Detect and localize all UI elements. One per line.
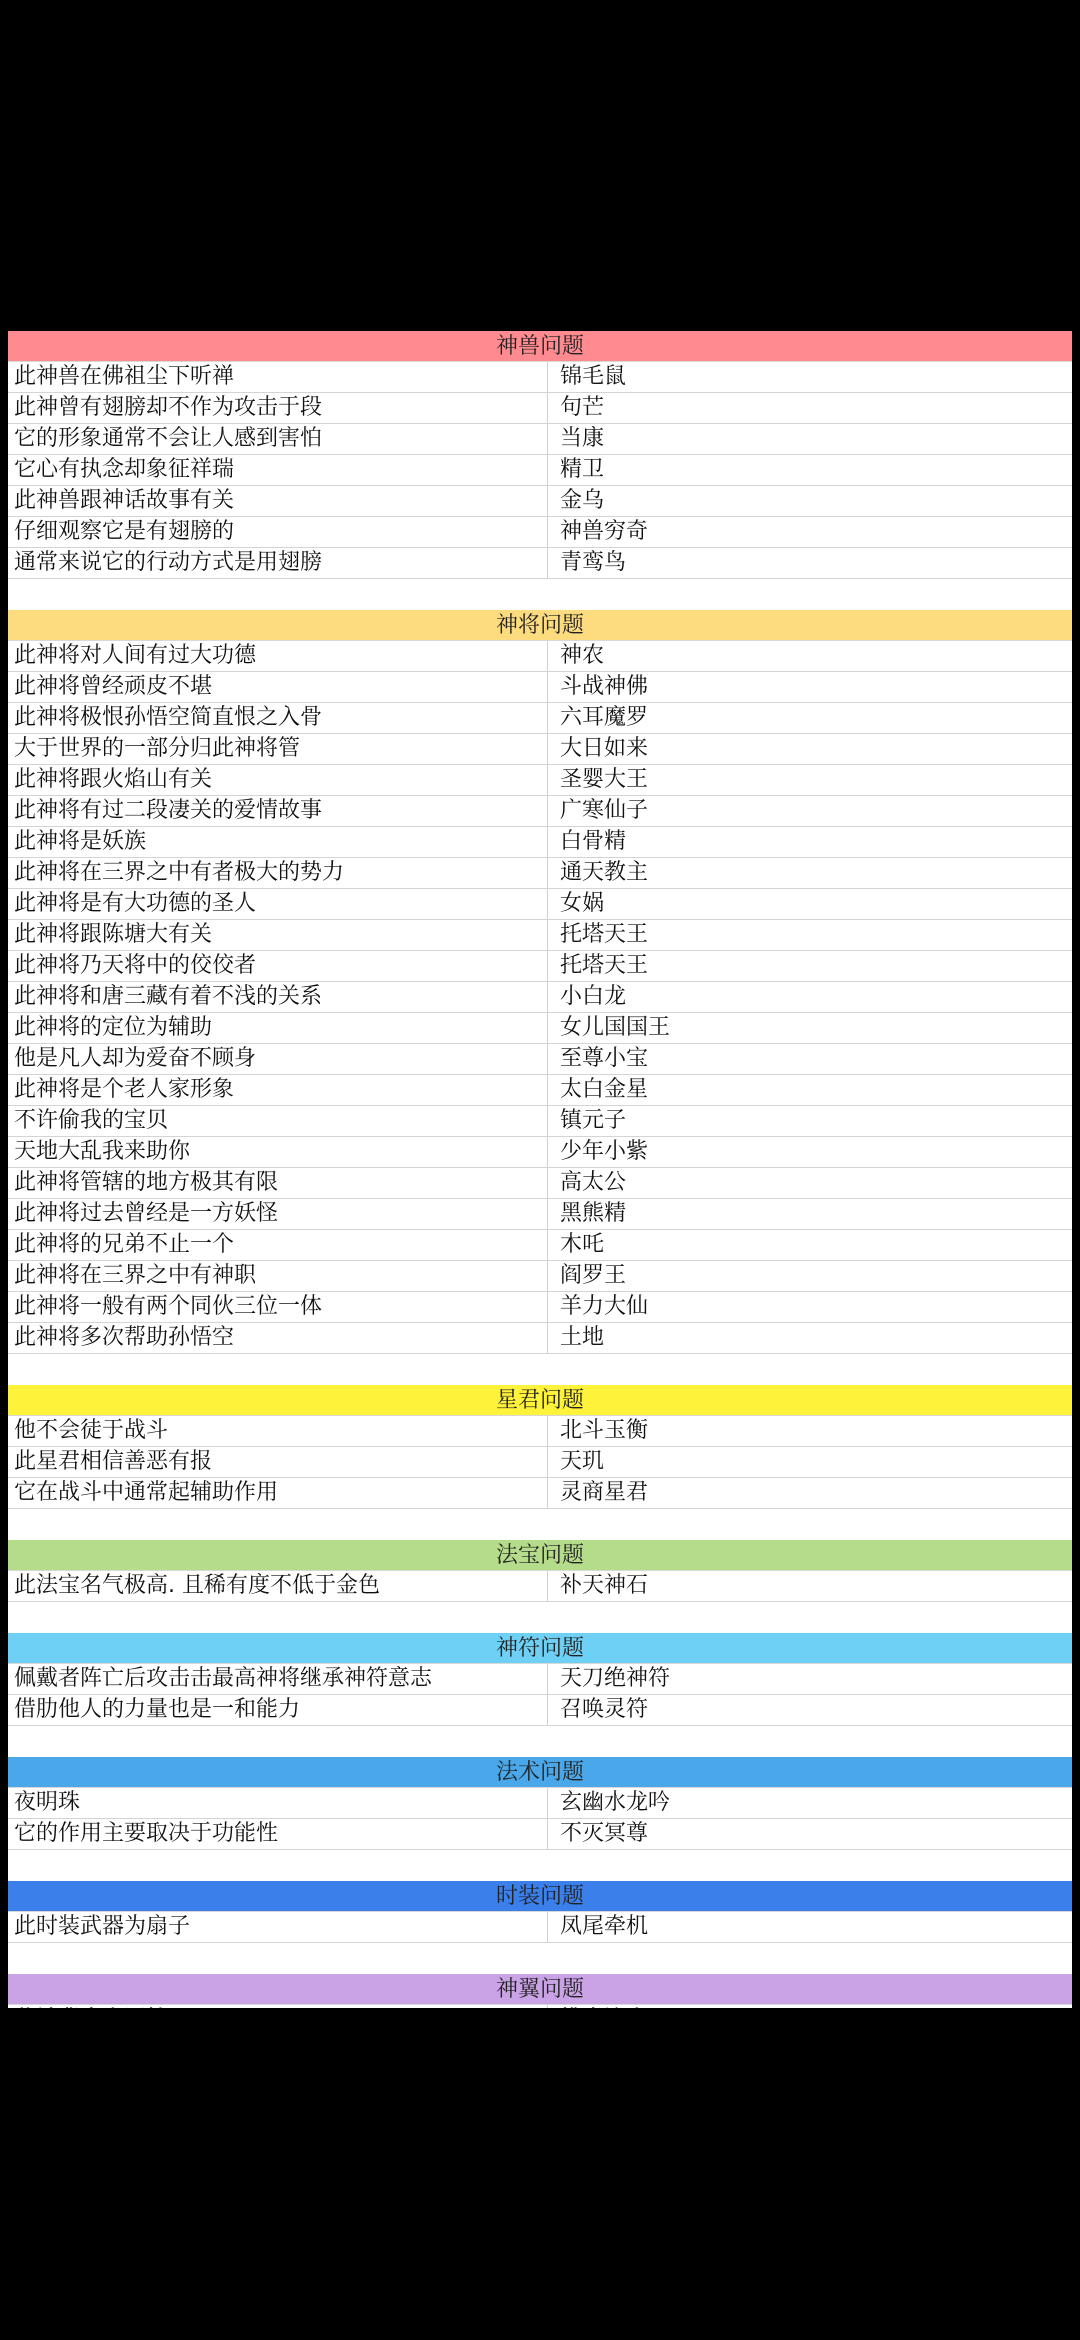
- answer-cell: 黑熊精: [548, 1199, 1072, 1229]
- table-row: 此神将的兄弟不止一个木吒: [8, 1230, 1072, 1261]
- table-row: 此神将极恨孙悟空简直恨之入骨六耳魔罗: [8, 703, 1072, 734]
- answer-cell: 土地: [548, 1323, 1072, 1353]
- question-cell: 此神将跟陈塘大有关: [8, 920, 548, 950]
- table-row: 此神将对人间有过大功德神农: [8, 641, 1072, 672]
- question-cell: 此神将乃天将中的佼佼者: [8, 951, 548, 981]
- question-cell: 它的形象通常不会让人感到害怕: [8, 424, 548, 454]
- section-header: 法宝问题: [8, 1540, 1072, 1571]
- question-cell: 大于世界的一部分归此神将管: [8, 734, 548, 764]
- table-row: 他是凡人却为爱奋不顾身至尊小宝: [8, 1044, 1072, 1075]
- section-header: 神符问题: [8, 1633, 1072, 1664]
- table-row: 此神将的定位为辅助女儿国国王: [8, 1013, 1072, 1044]
- answer-cell: 镇元子: [548, 1106, 1072, 1136]
- answer-cell: 大日如来: [548, 734, 1072, 764]
- question-cell: 此神将管辖的地方极其有限: [8, 1168, 548, 1198]
- answer-cell: 白骨精: [548, 827, 1072, 857]
- answer-cell: 精卫: [548, 455, 1072, 485]
- answer-cell: 小白龙: [548, 982, 1072, 1012]
- table-row: 此神将和唐三藏有着不浅的关系小白龙: [8, 982, 1072, 1013]
- table-row: 此时装武器为扇子凤尾牵机: [8, 1912, 1072, 1943]
- table-row: 此神曾有翅膀却不作为攻击于段句芒: [8, 393, 1072, 424]
- table-row: 此神将跟陈塘大有关托塔天王: [8, 920, 1072, 951]
- answer-cell: 神兽穷奇: [548, 517, 1072, 547]
- answer-cell: 锦毛鼠: [548, 362, 1072, 392]
- question-cell: 通常来说它的行动方式是用翅膀: [8, 548, 548, 578]
- answer-cell: 不灭冥尊: [548, 1819, 1072, 1849]
- question-cell: 佩戴者阵亡后攻击击最高神将继承神符意志: [8, 1664, 548, 1694]
- question-cell: 它在战斗中通常起辅助作用: [8, 1478, 548, 1508]
- answer-cell: 玄幽水龙吟: [548, 1788, 1072, 1818]
- question-cell: 此神将和唐三藏有着不浅的关系: [8, 982, 548, 1012]
- table-row: 不许偷我的宝贝镇元子: [8, 1106, 1072, 1137]
- answer-cell: 阎罗王: [548, 1261, 1072, 1291]
- answer-cell: 烨光流火: [548, 2005, 1072, 2008]
- question-cell: 此神曾有翅膀却不作为攻击于段: [8, 393, 548, 423]
- question-cell: 夜明珠: [8, 1788, 548, 1818]
- question-cell: 此神将是妖族: [8, 827, 548, 857]
- table-row: 借肋他人的力量也是一和能力召唤灵符: [8, 1695, 1072, 1726]
- answer-cell: 补天神石: [548, 1571, 1072, 1601]
- question-cell: 此神将在三界之中有者极大的势力: [8, 858, 548, 888]
- question-cell: 他是凡人却为爱奋不顾身: [8, 1044, 548, 1074]
- answer-cell: 通天教主: [548, 858, 1072, 888]
- question-cell: 此神兽跟神话故事有关: [8, 486, 548, 516]
- section-spacer: [8, 579, 1072, 610]
- section-header: 法术问题: [8, 1757, 1072, 1788]
- table-row: 此神将乃天将中的佼佼者托塔天王: [8, 951, 1072, 982]
- table-row: 夜明珠玄幽水龙吟: [8, 1788, 1072, 1819]
- answer-cell: 托塔天王: [548, 951, 1072, 981]
- question-cell: 此神将的定位为辅助: [8, 1013, 548, 1043]
- question-cell: 此神将一般有两个同伙三位一体: [8, 1292, 548, 1322]
- answer-cell: 神农: [548, 641, 1072, 671]
- answer-cell: 太白金星: [548, 1075, 1072, 1105]
- table-row: 此法宝名气极高. 且稀有度不低于金色补天神石: [8, 1571, 1072, 1602]
- table-row: 此神将一般有两个同伙三位一体羊力大仙: [8, 1292, 1072, 1323]
- table-row: 它的形象通常不会让人感到害怕当康: [8, 424, 1072, 455]
- table-row: 此神兽在佛祖尘下听禅锦毛鼠: [8, 362, 1072, 393]
- table-row: 天地大乱我来助你少年小紫: [8, 1137, 1072, 1168]
- table-row: 此神将在三界之中有神职阎罗王: [8, 1261, 1072, 1292]
- table-row: 此神冀为火属性烨光流火: [8, 2005, 1072, 2008]
- question-cell: 此神将的兄弟不止一个: [8, 1230, 548, 1260]
- question-cell: 此神将是有大功德的圣人: [8, 889, 548, 919]
- answer-cell: 羊力大仙: [548, 1292, 1072, 1322]
- table-row: 此神将在三界之中有者极大的势力通天教主: [8, 858, 1072, 889]
- question-cell: 不许偷我的宝贝: [8, 1106, 548, 1136]
- question-cell: 此神将是个老人家形象: [8, 1075, 548, 1105]
- table-row: 此神将曾经顽皮不堪斗战神佛: [8, 672, 1072, 703]
- answer-cell: 高太公: [548, 1168, 1072, 1198]
- question-cell: 此神将有过二段凄关的爱情故事: [8, 796, 548, 826]
- table-row: 此神将跟火焰山有关圣婴大王: [8, 765, 1072, 796]
- question-cell: 此星君相信善恶有报: [8, 1447, 548, 1477]
- table-row: 此神将过去曾经是一方妖怪黑熊精: [8, 1199, 1072, 1230]
- question-cell: 他不会徒于战斗: [8, 1416, 548, 1446]
- question-cell: 此神将跟火焰山有关: [8, 765, 548, 795]
- answer-cell: 圣婴大王: [548, 765, 1072, 795]
- section-header: 时装问题: [8, 1881, 1072, 1912]
- question-cell: 它的作用主要取决于功能性: [8, 1819, 548, 1849]
- answer-cell: 灵商星君: [548, 1478, 1072, 1508]
- table-row: 它在战斗中通常起辅助作用灵商星君: [8, 1478, 1072, 1509]
- section-header: 神翼问题: [8, 1974, 1072, 2005]
- question-cell: 此神将过去曾经是一方妖怪: [8, 1199, 548, 1229]
- table-row: 此神将是有大功德的圣人女娲: [8, 889, 1072, 920]
- table-row: 此神将多次帮助孙悟空土地: [8, 1323, 1072, 1354]
- answer-cell: 北斗玉衡: [548, 1416, 1072, 1446]
- section-header: 星君问题: [8, 1385, 1072, 1416]
- answer-cell: 女娲: [548, 889, 1072, 919]
- answer-cell: 句芒: [548, 393, 1072, 423]
- table-row: 佩戴者阵亡后攻击击最高神将继承神符意志天刀绝神符: [8, 1664, 1072, 1695]
- table-row: 此神将是妖族白骨精: [8, 827, 1072, 858]
- table-row: 此神将有过二段凄关的爱情故事广寒仙子: [8, 796, 1072, 827]
- question-cell: 天地大乱我来助你: [8, 1137, 548, 1167]
- section-header: 神兽问题: [8, 331, 1072, 362]
- question-cell: 此神将曾经顽皮不堪: [8, 672, 548, 702]
- question-cell: 此神将多次帮助孙悟空: [8, 1323, 548, 1353]
- table-row: 此星君相信善恶有报天玑: [8, 1447, 1072, 1478]
- table-row: 它心有执念却象征祥瑞精卫: [8, 455, 1072, 486]
- table-row: 此神兽跟神话故事有关金乌: [8, 486, 1072, 517]
- question-cell: 此神将在三界之中有神职: [8, 1261, 548, 1291]
- question-cell: 此神将极恨孙悟空简直恨之入骨: [8, 703, 548, 733]
- table-row: 此神将管辖的地方极其有限高太公: [8, 1168, 1072, 1199]
- table-row: 它的作用主要取决于功能性不灭冥尊: [8, 1819, 1072, 1850]
- question-cell: 此神兽在佛祖尘下听禅: [8, 362, 548, 392]
- answer-cell: 广寒仙子: [548, 796, 1072, 826]
- question-cell: 借肋他人的力量也是一和能力: [8, 1695, 548, 1725]
- question-cell: 此神冀为火属性: [8, 2005, 548, 2008]
- question-cell: 仔细观察它是有翅膀的: [8, 517, 548, 547]
- answer-cell: 木吒: [548, 1230, 1072, 1260]
- table-row: 他不会徒于战斗北斗玉衡: [8, 1416, 1072, 1447]
- question-cell: 此时装武器为扇子: [8, 1912, 548, 1942]
- answer-cell: 天玑: [548, 1447, 1072, 1477]
- section-spacer: [8, 1726, 1072, 1757]
- question-cell: 此法宝名气极高. 且稀有度不低于金色: [8, 1571, 548, 1601]
- section-header: 神将问题: [8, 610, 1072, 641]
- table-row: 通常来说它的行动方式是用翅膀青鸾鸟: [8, 548, 1072, 579]
- answer-cell: 六耳魔罗: [548, 703, 1072, 733]
- answer-cell: 斗战神佛: [548, 672, 1072, 702]
- answer-cell: 女儿国国王: [548, 1013, 1072, 1043]
- answer-cell: 少年小紫: [548, 1137, 1072, 1167]
- table-row: 仔细观察它是有翅膀的神兽穷奇: [8, 517, 1072, 548]
- section-spacer: [8, 1509, 1072, 1540]
- question-cell: 它心有执念却象征祥瑞: [8, 455, 548, 485]
- answer-sheet: 神兽问题此神兽在佛祖尘下听禅锦毛鼠此神曾有翅膀却不作为攻击于段句芒它的形象通常不…: [8, 331, 1072, 2008]
- answer-cell: 青鸾鸟: [548, 548, 1072, 578]
- answer-cell: 至尊小宝: [548, 1044, 1072, 1074]
- section-spacer: [8, 1602, 1072, 1633]
- table-row: 此神将是个老人家形象太白金星: [8, 1075, 1072, 1106]
- answer-cell: 金乌: [548, 486, 1072, 516]
- question-cell: 此神将对人间有过大功德: [8, 641, 548, 671]
- answer-cell: 召唤灵符: [548, 1695, 1072, 1725]
- answer-cell: 天刀绝神符: [548, 1664, 1072, 1694]
- section-spacer: [8, 1850, 1072, 1881]
- table-row: 大于世界的一部分归此神将管大日如来: [8, 734, 1072, 765]
- section-spacer: [8, 1354, 1072, 1385]
- section-spacer: [8, 1943, 1072, 1974]
- answer-cell: 凤尾牵机: [548, 1912, 1072, 1942]
- answer-cell: 当康: [548, 424, 1072, 454]
- answer-cell: 托塔天王: [548, 920, 1072, 950]
